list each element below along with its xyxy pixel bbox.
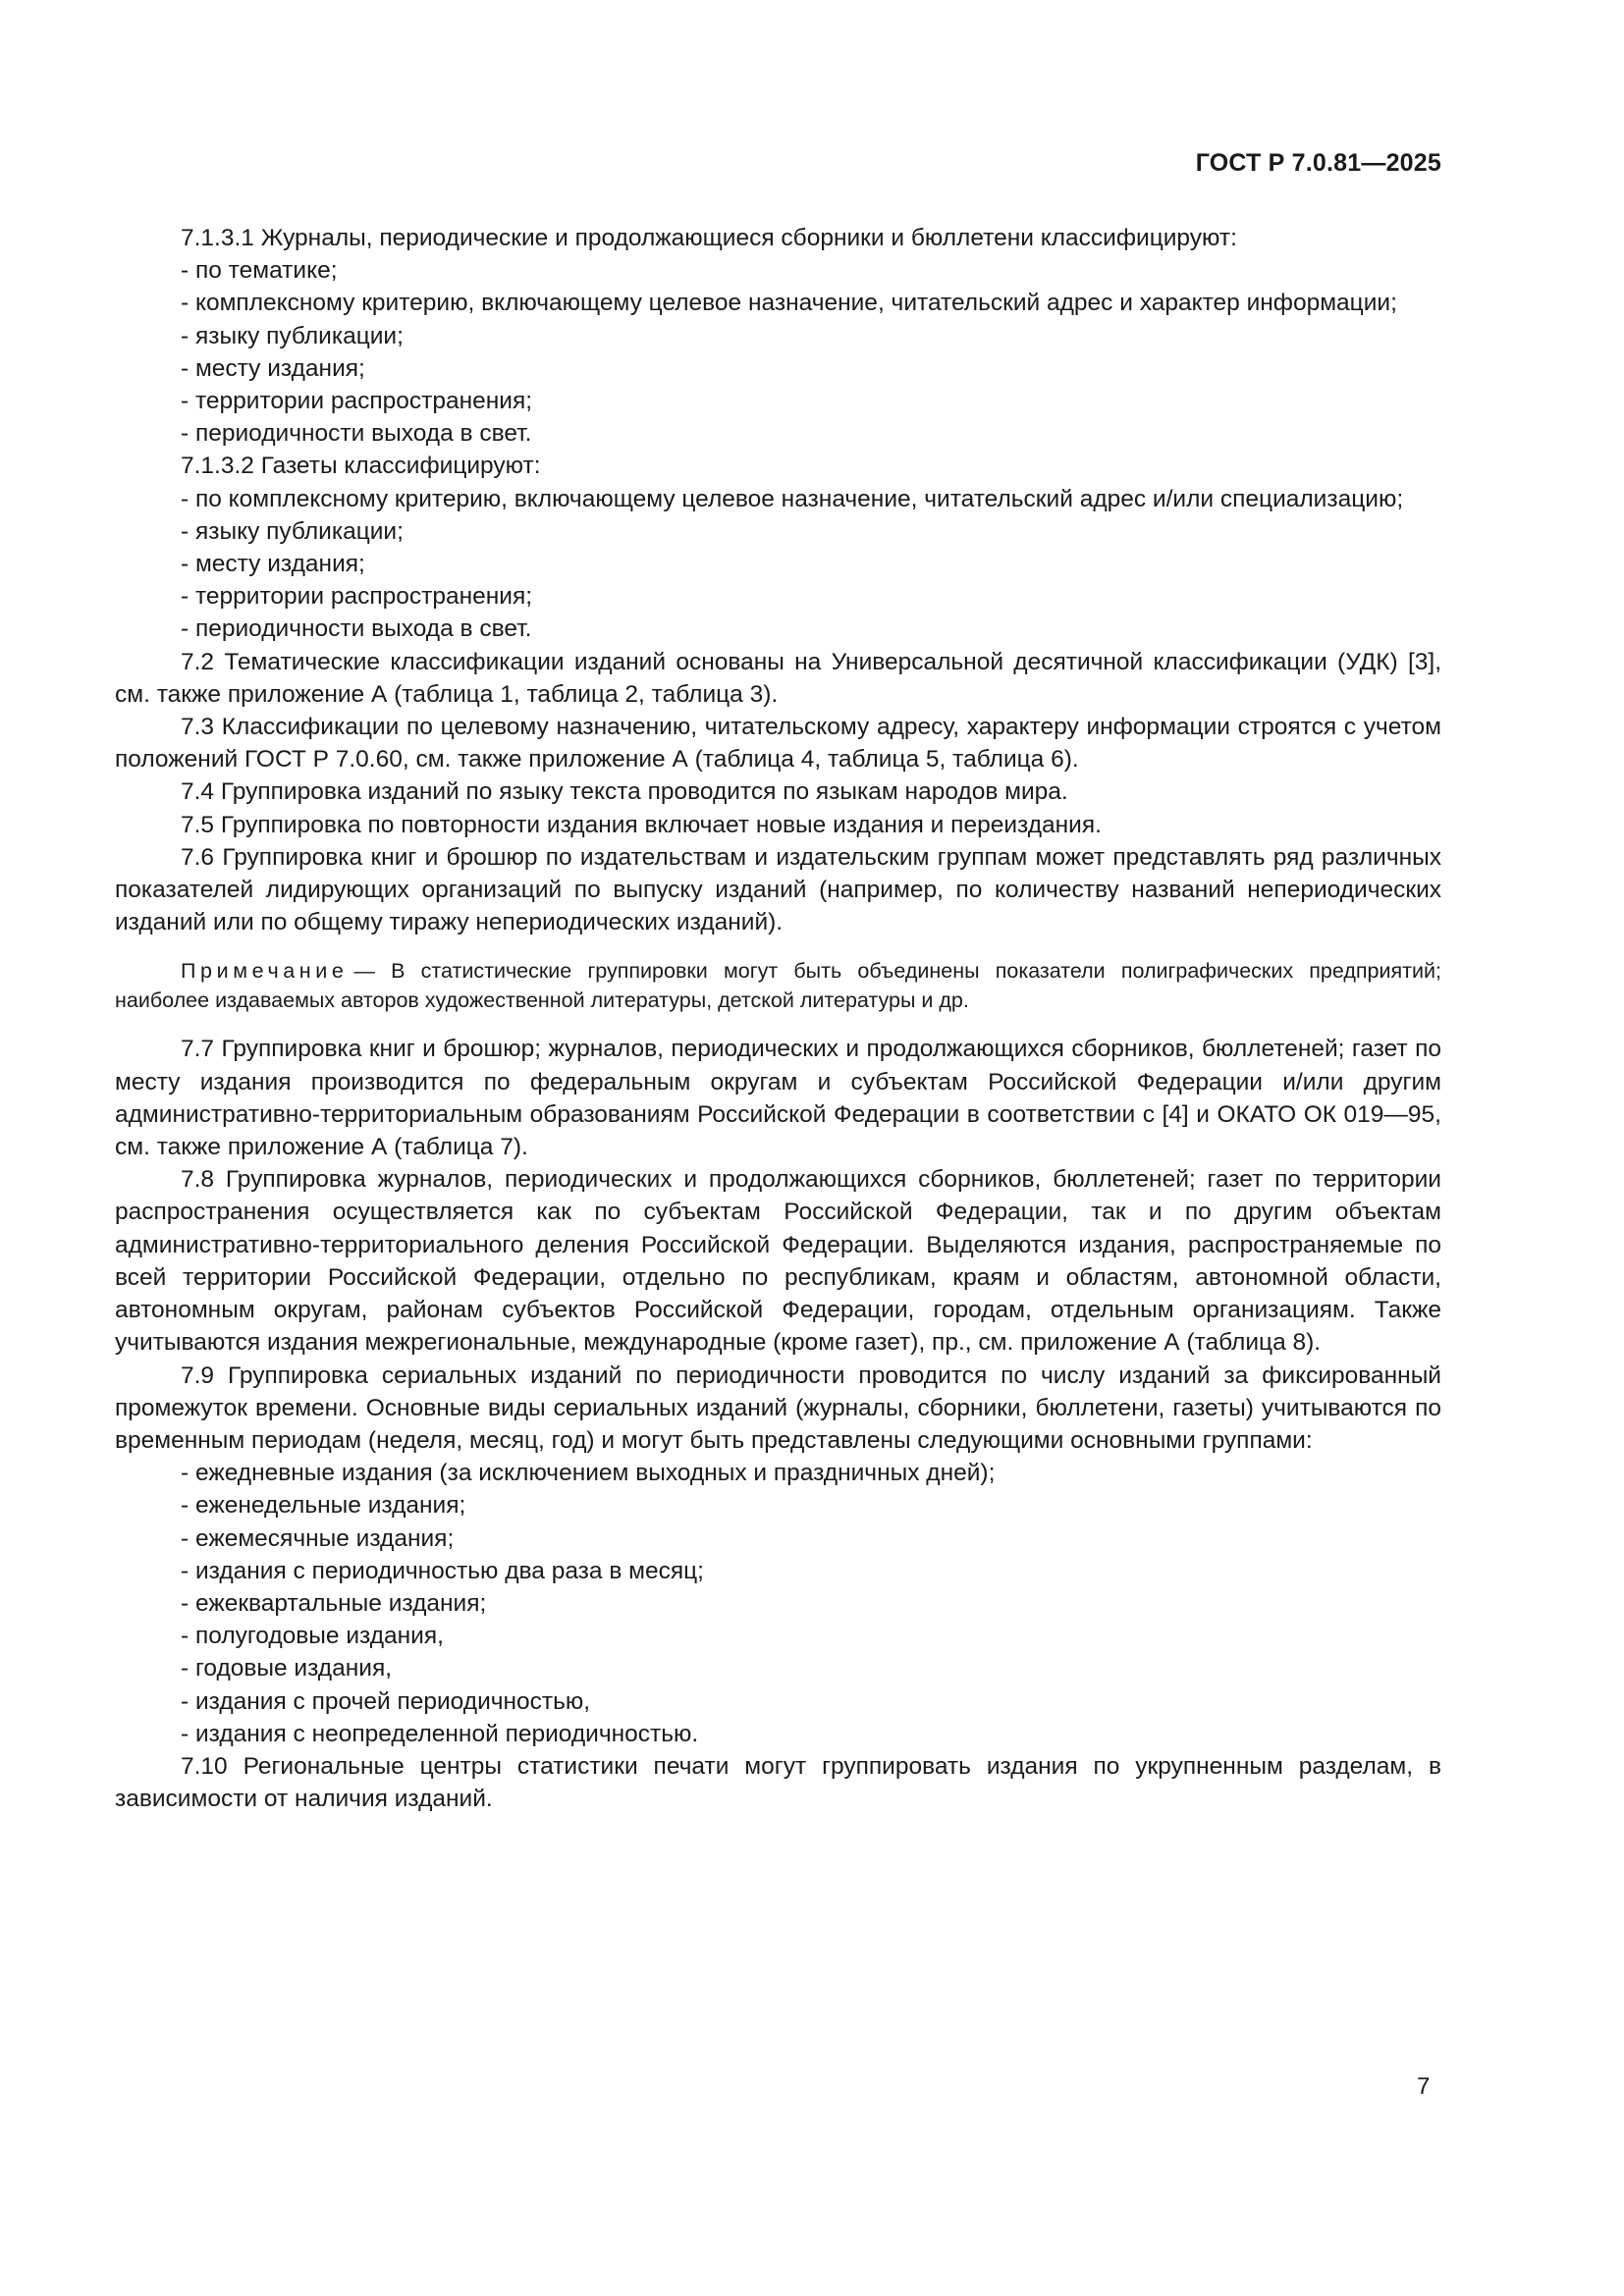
list-item: - издания с неопределенной периодичность… bbox=[115, 1718, 1441, 1750]
list-item: - периодичности выхода в свет. bbox=[115, 613, 1441, 645]
document-code-header: ГОСТ Р 7.0.81—2025 bbox=[1196, 149, 1441, 178]
list-item: - территории распространения; bbox=[115, 580, 1441, 613]
list-item: - издания с периодичностью два раза в ме… bbox=[115, 1555, 1441, 1587]
clause-7-1-3-2-intro: 7.1.3.2 Газеты классифицируют: bbox=[115, 450, 1441, 482]
list-item: - языку публикации; bbox=[115, 515, 1441, 548]
list-item: - комплексному критерию, включающему цел… bbox=[115, 287, 1441, 319]
clause-7-10: 7.10 Региональные центры статистики печа… bbox=[115, 1750, 1441, 1815]
clause-7-7: 7.7 Группировка книг и брошюр; журналов,… bbox=[115, 1033, 1441, 1163]
clause-7-9-intro: 7.9 Группировка сериальных изданий по пе… bbox=[115, 1360, 1441, 1458]
clause-7-5: 7.5 Группировка по повторности издания в… bbox=[115, 809, 1441, 841]
clause-7-1-3-1-intro: 7.1.3.1 Журналы, периодические и продолж… bbox=[115, 222, 1441, 254]
list-item: - годовые издания, bbox=[115, 1652, 1441, 1684]
clause-7-8: 7.8 Группировка журналов, периодических … bbox=[115, 1163, 1441, 1359]
document-body: 7.1.3.1 Журналы, периодические и продолж… bbox=[115, 222, 1441, 1815]
list-item: - еженедельные издания; bbox=[115, 1489, 1441, 1522]
list-item: - периодичности выхода в свет. bbox=[115, 417, 1441, 450]
list-item: - языку публикации; bbox=[115, 320, 1441, 352]
clause-7-4: 7.4 Группировка изданий по языку текста … bbox=[115, 775, 1441, 808]
list-item: - по тематике; bbox=[115, 254, 1441, 287]
list-item: - по комплексному критерию, включающему … bbox=[115, 483, 1441, 515]
note-label: Примечание bbox=[181, 959, 348, 983]
list-item: - месту издания; bbox=[115, 352, 1441, 385]
list-item: - ежемесячные издания; bbox=[115, 1522, 1441, 1555]
list-item: - полугодовые издания, bbox=[115, 1620, 1441, 1652]
list-item: - ежеквартальные издания; bbox=[115, 1587, 1441, 1620]
list-item: - издания с прочей периодичностью, bbox=[115, 1685, 1441, 1718]
list-item: - территории распространения; bbox=[115, 385, 1441, 417]
note: Примечание— В статистические группировки… bbox=[115, 956, 1441, 1015]
clause-7-6: 7.6 Группировка книг и брошюр по издател… bbox=[115, 841, 1441, 939]
clause-7-2: 7.2 Тематические классификации изданий о… bbox=[115, 646, 1441, 711]
page-number: 7 bbox=[1417, 2073, 1430, 2101]
list-item: - месту издания; bbox=[115, 548, 1441, 580]
list-item: - ежедневные издания (за исключением вых… bbox=[115, 1457, 1441, 1489]
clause-7-3: 7.3 Классификации по целевому назначению… bbox=[115, 711, 1441, 775]
